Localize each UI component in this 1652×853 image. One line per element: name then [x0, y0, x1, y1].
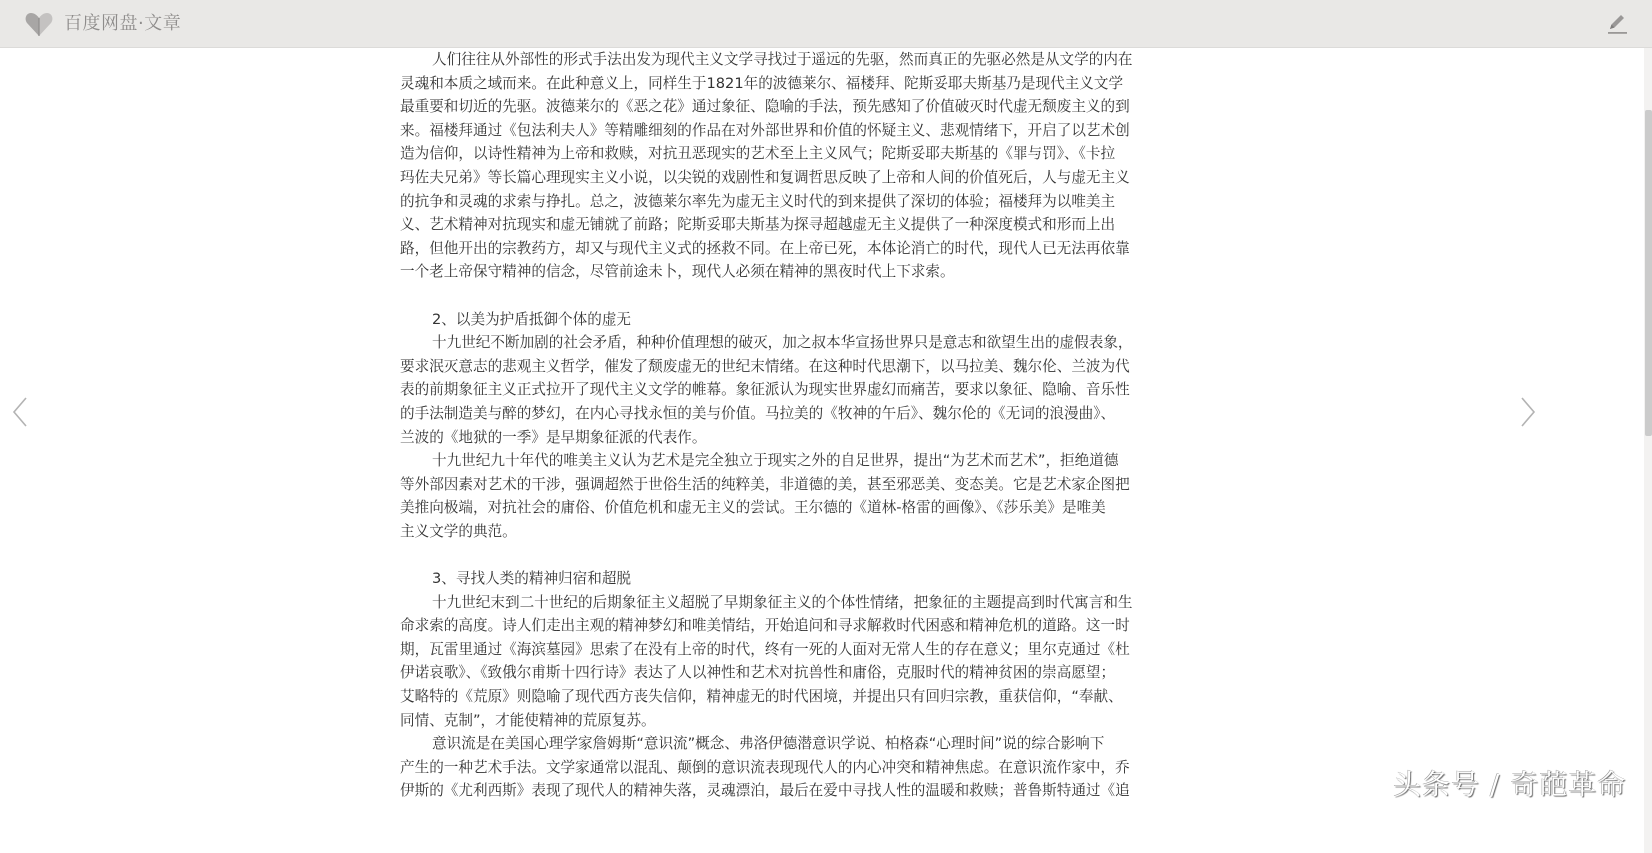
chevron-left-icon[interactable] [8, 392, 32, 432]
paragraph-line: 灵魂和本质之域而来。在此种意义上，同样生于1821年的波德莱尔、福楼拜、陀斯妥耶… [400, 72, 1170, 96]
paragraph-line: 造为信仰，以诗性精神为上帝和救赎，对抗丑恶现实的艺术至上主义风气；陀斯妥耶夫斯基… [400, 142, 1170, 166]
paragraph-line: 表的前期象征主义正式拉开了现代主义文学的帷幕。象征派认为现实世界虚幻而痛苦，要求… [400, 378, 1170, 402]
paragraph-line: 要求泯灭意志的悲观主义哲学，催发了颓废虚无的世纪末情绪。在这种时代思潮下，以马拉… [400, 355, 1170, 379]
watermark: 头条号 / 奇葩革命 [1393, 763, 1626, 803]
paragraph-line: 玛佐夫兄弟》等长篇心理现实主义小说，以尖锐的戏剧性和复调哲思反映了上帝和人间的价… [400, 166, 1170, 190]
brand-title[interactable]: 百度网盘·文章 [64, 12, 181, 36]
scrollbar-thumb[interactable] [1645, 110, 1652, 436]
paragraph-line: 的手法制造美与醉的梦幻，在内心寻找永恒的美与价值。马拉美的《牧神的午后》、魏尔伦… [400, 402, 1170, 426]
paragraph-line: 来。福楼拜通过《包法利夫人》等精雕细刻的作品在对外部世界和价值的怀疑主义、悲观情… [400, 119, 1170, 143]
top-bar: 百度网盘·文章 [0, 0, 1652, 48]
paragraph-line: 意识流是在美国心理学家詹姆斯“意识流”概念、弗洛伊德潜意识学说、柏格森“心理时间… [400, 732, 1170, 756]
paragraph-line: 十九世纪九十年代的唯美主义认为艺术是完全独立于现实之外的自足世界，提出“为艺术而… [400, 449, 1170, 473]
paragraph-line: 的抗争和灵魂的求索与挣扎。总之，波德莱尔率先为虚无主义时代的到来提供了深切的体验… [400, 190, 1170, 214]
paragraph-line: 十九世纪不断加剧的社会矛盾，种种价值理想的破灭，加之叔本华宣扬世界只是意志和欲望… [400, 331, 1170, 355]
paragraph-line: 伊斯的《尤利西斯》表现了现代人的精神失落，灵魂漂泊，最后在爱中寻找人性的温暖和救… [400, 779, 1170, 803]
section-heading: 3、寻找人类的精神归宿和超脱 [400, 567, 1170, 591]
paragraph-line: 伊诺哀歌》、《致俄尔甫斯十四行诗》表达了人以神性和艺术对抗兽性和庸俗，克服时代的… [400, 661, 1170, 685]
paragraph-line: 美推向极端，对抗社会的庸俗、价值危机和虚无主义的尝试。王尔德的《道林-格雷的画像… [400, 496, 1170, 520]
paragraph-line: 产生的一种艺术手法。文学家通常以混乱、颠倒的意识流表现现代人的内心冲突和精神焦虑… [400, 756, 1170, 780]
paragraph-line: 兰波的《地狱的一季》是早期象征派的代表作。 [400, 426, 1170, 450]
paragraph-line: 人们往往从外部性的形式手法出发为现代主义文学寻找过于遥远的先驱，然而真正的先驱必… [400, 48, 1170, 72]
chevron-right-icon[interactable] [1516, 392, 1540, 432]
paragraph-line: 期，瓦雷里通过《海滨墓园》思索了在没有上帝的时代，终有一死的人面对无常人生的存在… [400, 638, 1170, 662]
paragraph-line: 同情、克制”，才能使精神的荒原复苏。 [400, 709, 1170, 733]
paragraph-line: 十九世纪末到二十世纪的后期象征主义超脱了早期象征主义的个体性情绪，把象征的主题提… [400, 591, 1170, 615]
article-body: 人们往往从外部性的形式手法出发为现代主义文学寻找过于遥远的先驱，然而真正的先驱必… [400, 48, 1170, 803]
paragraph-line: 主义文学的典范。 [400, 520, 1170, 544]
paragraph-line: 命求索的高度。诗人们走出主观的精神梦幻和唯美情结，开始追问和寻求解救时代困惑和精… [400, 614, 1170, 638]
heart-book-logo-icon[interactable] [25, 11, 53, 37]
paragraph-line: 等外部因素对艺术的干涉，强调超然于世俗生活的纯粹美，非道德的美，甚至邪恶美、变态… [400, 473, 1170, 497]
paragraph-line: 路，但他开出的宗教药方，却又与现代主义式的拯救不同。在上帝已死，本体论消亡的时代… [400, 237, 1170, 261]
paragraph-line: 一个老上帝保守精神的信念，尽管前途未卜，现代人必须在精神的黑夜时代上下求索。 [400, 260, 1170, 284]
blank-line [400, 284, 1170, 308]
paragraph-line: 最重要和切近的先驱。波德莱尔的《恶之花》通过象征、隐喻的手法，预先感知了价值破灭… [400, 95, 1170, 119]
section-heading: 2、以美为护盾抵御个体的虚无 [400, 308, 1170, 332]
paragraph-line: 义、艺术精神对抗现实和虚无铺就了前路；陀斯妥耶夫斯基为探寻超越虚无主义提供了一种… [400, 213, 1170, 237]
paragraph-line: 艾略特的《荒原》则隐喻了现代西方丧失信仰，精神虚无的时代困境，并提出只有回归宗教… [400, 685, 1170, 709]
pencil-icon[interactable] [1605, 12, 1629, 36]
blank-line [400, 543, 1170, 567]
